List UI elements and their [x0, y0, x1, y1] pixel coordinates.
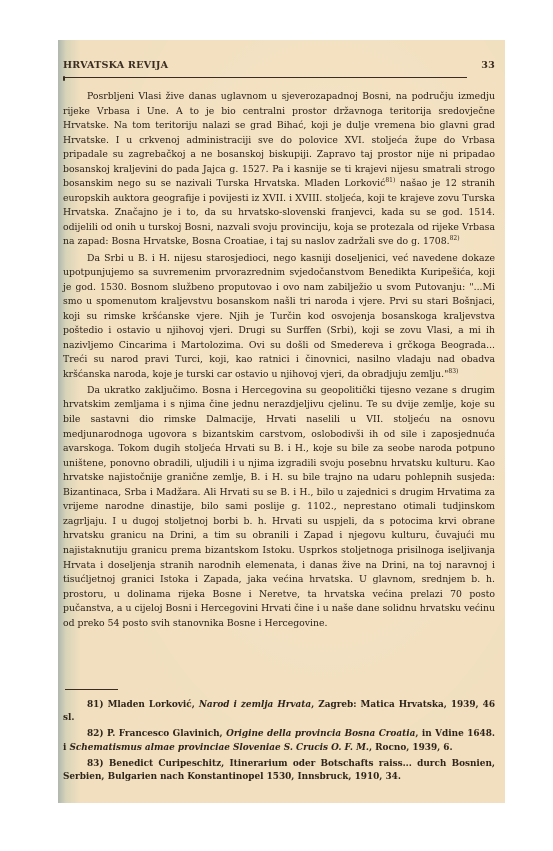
paragraph: Posrbljeni Vlasi žive danas uglavnom u s… — [63, 90, 495, 250]
footnote: 83) Benedict Curipeschitz, Itinerarium o… — [63, 758, 495, 784]
footnote-reference: 83) — [448, 368, 458, 375]
footnote-rule — [65, 689, 118, 690]
paragraph: Da Srbi u B. i H. nijesu starosjedioci, … — [63, 252, 495, 383]
footnote-number: 82) — [87, 729, 104, 739]
footnote-reference: 81) — [385, 177, 395, 184]
footnote-number: 81) — [87, 700, 104, 710]
footnote: 82) P. Francesco Glavinich, Origine dell… — [63, 728, 495, 754]
italic-title: Schematismus almae provinciae Sloveniae … — [69, 743, 369, 753]
paragraph: Da ukratko zaključimo. Bosna i Hercegovi… — [63, 384, 495, 631]
running-header: HRVATSKA REVIJA 33 — [63, 60, 495, 74]
header-rule — [64, 77, 467, 78]
footnotes: 81) Mladen Lorković, Narod i zemlja Hrva… — [63, 699, 495, 787]
italic-title: Narod i zemlja Hrvata — [199, 700, 311, 710]
footnote-number: 83) — [87, 759, 104, 769]
running-title: HRVATSKA REVIJA — [63, 60, 168, 71]
page-number: 33 — [481, 60, 495, 71]
scanned-page: HRVATSKA REVIJA 33 Posrbljeni Vlasi žive… — [58, 40, 505, 803]
footnote: 81) Mladen Lorković, Narod i zemlja Hrva… — [63, 699, 495, 725]
italic-title: Origine della provincia Bosna Croatia — [226, 729, 415, 739]
footnote-reference: 82) — [450, 235, 460, 242]
body-text: Posrbljeni Vlasi žive danas uglavnom u s… — [63, 90, 495, 633]
